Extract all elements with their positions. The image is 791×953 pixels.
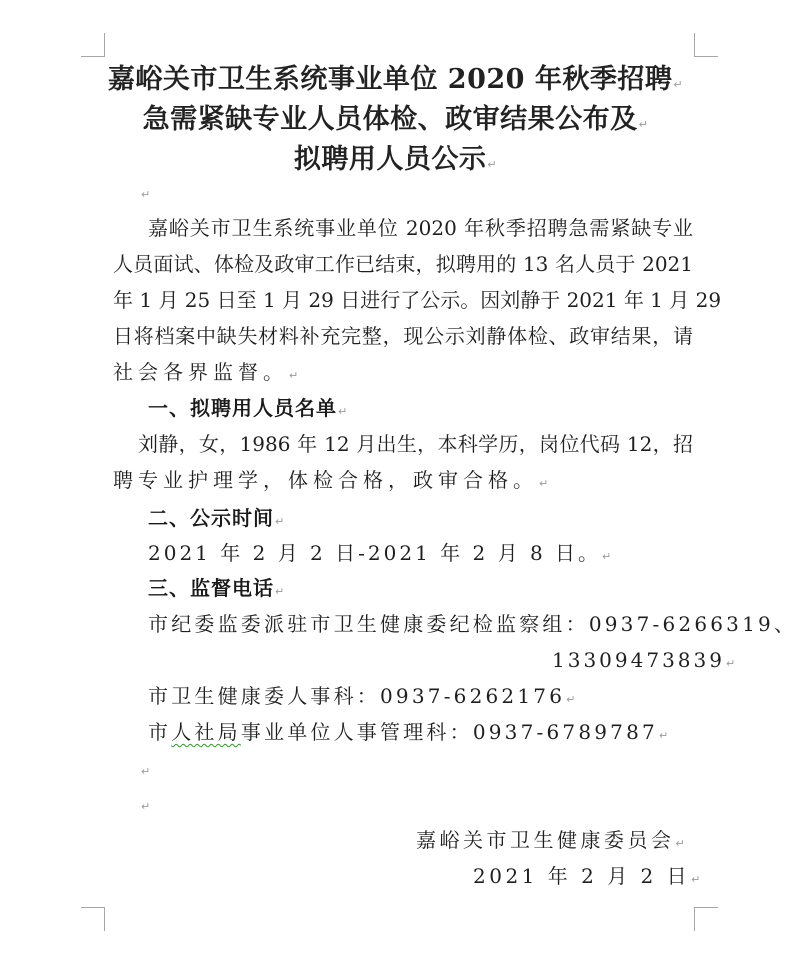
title-line-2: 急需紧缺专业人员体检、政审结果公布及↵ [0, 100, 791, 145]
paragraph-mark-icon: ↵ [726, 657, 738, 670]
signature-organization: 嘉峪关市卫生健康委员会↵ [416, 822, 688, 862]
paragraph-mark-icon: ↵ [141, 765, 150, 778]
paragraph-mark-icon: ↵ [566, 693, 578, 706]
candidate-line-2: 聘专业护理学，体检合格，政审合格。↵ [113, 462, 693, 502]
grammar-squiggle[interactable]: 人社局 [171, 720, 241, 744]
section-heading-hotline[interactable]: 三、监督电话↵ [148, 570, 285, 610]
intro-line-2: 人员面试、体检及政审工作已结束，拟聘用的 13 名人员于 2021 [113, 246, 693, 282]
paragraph-mark-icon: ↵ [659, 729, 671, 742]
contact-label: 市纪委监委派驻市卫生健康委纪检监察组： [148, 612, 589, 636]
contact-health-commission-hr: 市卫生健康委人事科：0937-6262176↵ [148, 678, 728, 718]
paragraph-mark-icon: ↵ [602, 550, 614, 563]
publicity-period-text: 2021 年 2 月 2 日-2021 年 2 月 8 日。↵ [148, 535, 728, 575]
paragraph-mark-icon: ↵ [691, 873, 704, 886]
paragraph-mark-icon: ↵ [539, 477, 553, 490]
intro-line-5: 社会各界监督。↵ [113, 354, 693, 394]
contact-phone: 0937-6789787 [473, 720, 658, 744]
paragraph-mark-icon: ↵ [676, 837, 689, 850]
contact-phone: 13309473839 [552, 648, 725, 672]
intro-line-4: 日将档案中缺失材料补充完整，现公示刘静体检、政审结果，请 [113, 318, 693, 354]
candidate-line-1: 刘静，女，1986 年 12 月出生，本科学历，岗位代码 12，招 [138, 426, 693, 462]
paragraph-mark-icon: ↵ [141, 188, 150, 201]
contact-phone: 0937-6262176 [380, 684, 565, 708]
intro-line-1: 嘉峪关市卫生系统事业单位 2020 年秋季招聘急需紧缺专业 [148, 210, 693, 246]
page-corner-mark-top-right [694, 33, 718, 57]
paragraph-mark-icon: ↵ [275, 585, 285, 598]
title-line-1: 嘉峪关市卫生系统事业单位 2020 年秋季招聘↵ [0, 60, 791, 105]
paragraph-mark-icon: ↵ [338, 405, 348, 418]
intro-line-3: 年 1 月 25 日至 1 月 29 日进行了公示。因刘静于 2021 年 1 … [113, 282, 693, 318]
contact-discipline-inspection: 市纪委监委派驻市卫生健康委纪检监察组：0937-6266319、 [148, 606, 728, 642]
contact-phone: 0937-6266319、 [589, 612, 791, 636]
paragraph-mark-icon: ↵ [639, 118, 649, 131]
paragraph-mark-icon: ↵ [141, 800, 150, 813]
signature-date: 2021 年 2 月 2 日↵ [473, 858, 704, 898]
paragraph-mark-icon: ↵ [673, 78, 683, 91]
page-corner-mark-bottom-right [694, 907, 718, 931]
page-corner-mark-top-left [81, 33, 105, 57]
paragraph-mark-icon: ↵ [275, 515, 285, 528]
contact-discipline-inspection-mobile: 13309473839↵ [552, 642, 738, 682]
contact-label: 市卫生健康委人事科： [148, 684, 380, 708]
paragraph-mark-icon: ↵ [487, 158, 497, 171]
section-heading-candidates[interactable]: 一、拟聘用人员名单↵ [148, 390, 348, 430]
section-heading-period[interactable]: 二、公示时间↵ [148, 500, 285, 540]
page-corner-mark-bottom-left [81, 907, 105, 931]
contact-hr-bureau: 市人社局事业单位人事管理科：0937-6789787↵ [148, 714, 728, 754]
paragraph-mark-icon: ↵ [289, 369, 303, 382]
title-line-3: 拟聘用人员公示↵ [0, 140, 791, 185]
